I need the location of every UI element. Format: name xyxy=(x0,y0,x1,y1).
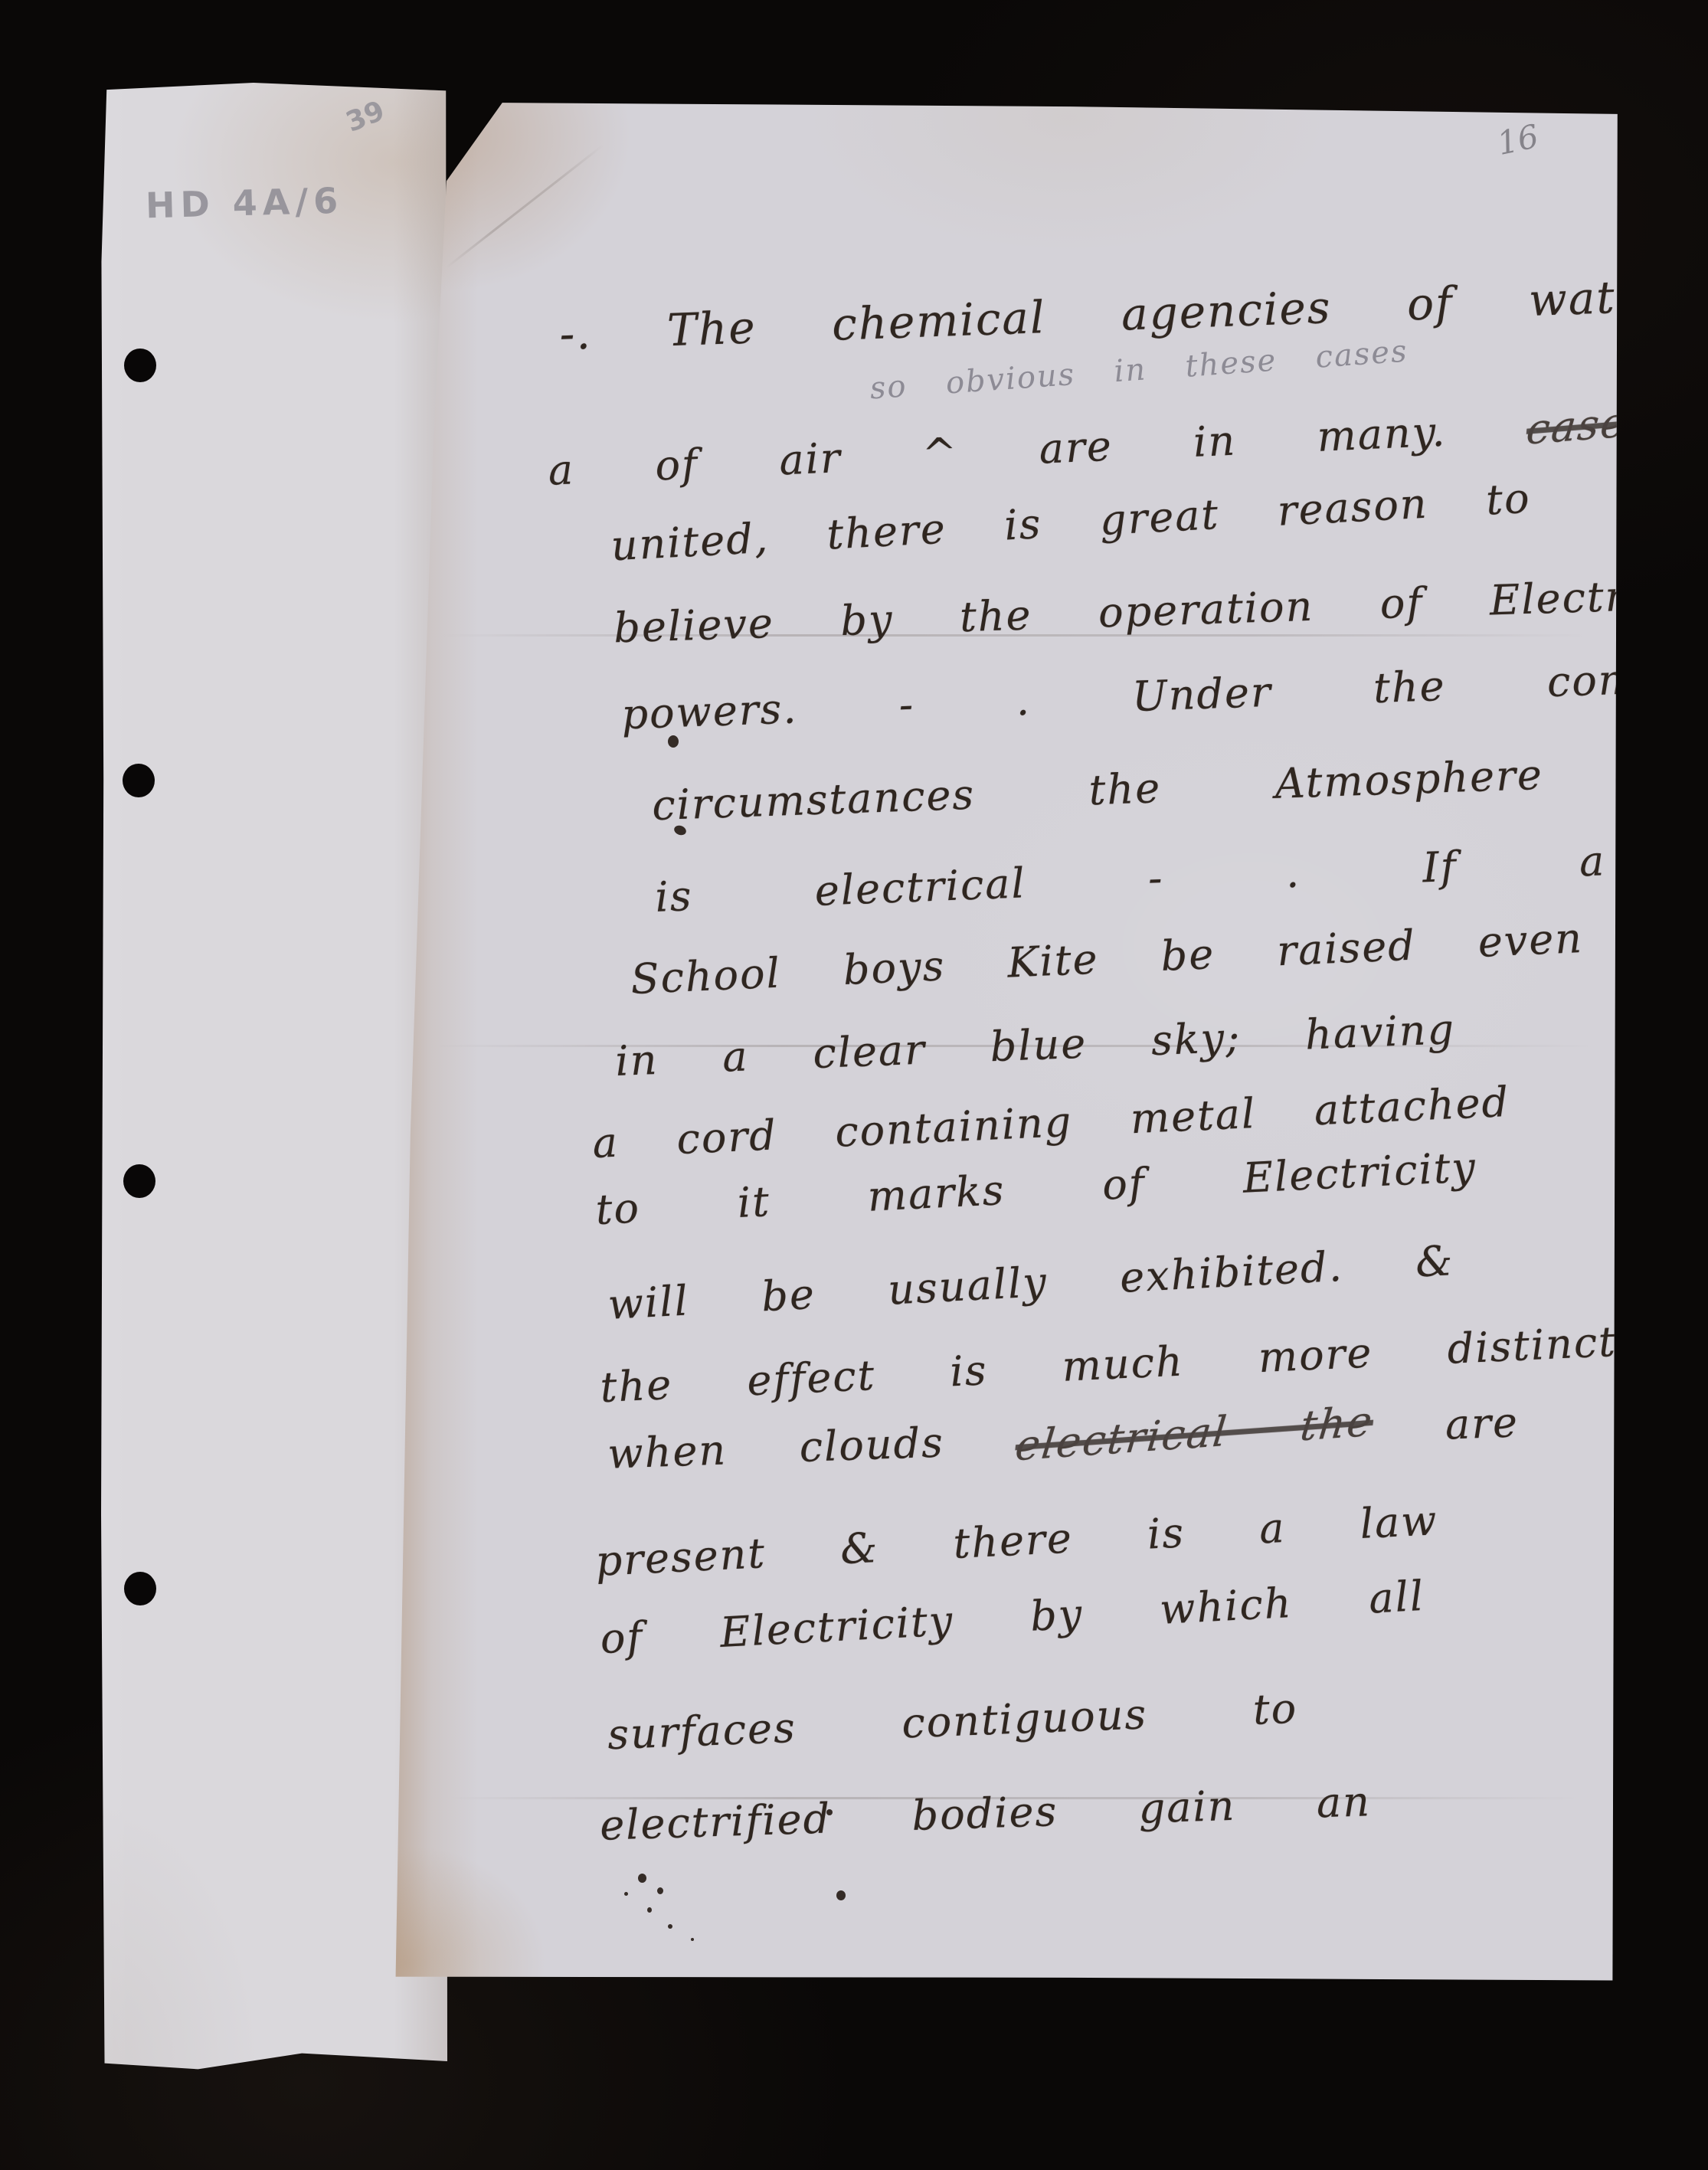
manuscript-line: is electrical - . If a xyxy=(654,836,1606,921)
punch-hole xyxy=(123,764,155,797)
punch-hole xyxy=(123,1164,155,1198)
manuscript-line: believe by the operation of Electrical xyxy=(613,570,1707,653)
ink-text: the effect is much more distinct xyxy=(599,1317,1618,1412)
photograph-backdrop: HD 4A/6 39 16 -. The chemical agencies o… xyxy=(0,0,1708,2170)
manuscript-line: -. The chemical agencies of water Still xyxy=(558,263,1708,360)
punch-hole xyxy=(124,1572,156,1605)
manuscript-line: circumstances the Atmosphere xyxy=(651,751,1544,830)
ink-text: circumstances the Atmosphere xyxy=(651,751,1544,830)
manuscript-line: electrified bodies gain an xyxy=(599,1777,1372,1850)
ink-blot xyxy=(668,1924,672,1929)
ink-text: -. The chemical agencies of water xyxy=(558,270,1667,360)
ink-blot xyxy=(647,1907,652,1913)
ink-blot xyxy=(691,1938,694,1941)
struck-out-word: cases xyxy=(1524,396,1651,454)
ink-text: present & there is a law xyxy=(594,1496,1439,1586)
paper-crease xyxy=(446,144,604,268)
manuscript-line: the effect is much more distinct xyxy=(599,1317,1618,1412)
manuscript-line: present & there is a law xyxy=(594,1496,1439,1586)
punch-hole xyxy=(124,349,156,382)
ink-text: School boys Kite be raised even xyxy=(630,914,1584,1003)
ink-blot xyxy=(668,735,679,748)
ink-blot xyxy=(638,1874,646,1883)
manuscript-line: surfaces contiguous to xyxy=(607,1684,1298,1759)
manuscript-page: 16 -. The chemical agencies of water Sti… xyxy=(394,98,1620,1982)
manuscript-line: united, there is great reason to xyxy=(610,474,1532,571)
ink-text: is electrical - . If a xyxy=(654,836,1606,921)
ink-text: of Electricity by which all xyxy=(599,1572,1425,1663)
album-guard-strip xyxy=(101,83,447,2071)
ink-blot xyxy=(624,1892,628,1896)
manuscript-line: powers. - . Under the common xyxy=(620,652,1708,739)
manuscript-line: in a clear blue sky; having xyxy=(614,1005,1456,1085)
archive-reference: HD 4A/6 xyxy=(145,180,343,227)
ink-text: in a clear blue sky; having xyxy=(614,1005,1456,1085)
ink-text: electrified bodies gain an xyxy=(599,1777,1372,1850)
ink-text: surfaces contiguous to xyxy=(607,1684,1298,1759)
manuscript-line: School boys Kite be raised even xyxy=(630,914,1584,1003)
ink-blot xyxy=(657,1887,663,1894)
ink-text: powers. - . Under the common xyxy=(620,652,1708,739)
struck-out-word: electrical the xyxy=(1013,1397,1376,1471)
manuscript-line: of Electricity by which all xyxy=(599,1572,1425,1663)
ink-blot xyxy=(826,1809,833,1815)
ink-blot xyxy=(836,1890,846,1900)
manuscript-line: will be usually exhibited. & xyxy=(607,1236,1455,1329)
manuscript-line: when clouds electrical the are xyxy=(607,1398,1520,1478)
ink-text: when clouds xyxy=(607,1418,945,1478)
manuscript-line: a of air ^ are in many. cases instances xyxy=(547,385,1708,494)
ink-text: a of air ^ are in many. xyxy=(547,407,1447,495)
ink-text: believe by the operation of Electrical xyxy=(613,570,1707,653)
page-number: 16 xyxy=(1494,117,1541,162)
ink-text: are xyxy=(1445,1398,1520,1448)
ink-text: united, there is great reason to xyxy=(610,474,1532,571)
ink-text: will be usually exhibited. & xyxy=(607,1236,1455,1329)
